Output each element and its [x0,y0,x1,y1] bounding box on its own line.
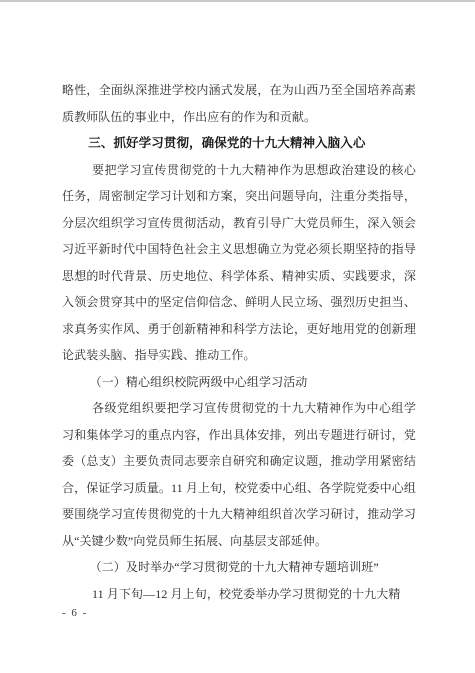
document-body: 略性，全面纵深推进学校内涵式发展，在为山西乃至全国培养高素质教师队伍的事业中，作… [62,77,416,607]
body-paragraph-truncated: 11 月下旬—12 月上旬，校党委举办学习贯彻党的十九大精 [62,581,416,608]
scan-edge-artifact [0,0,475,2]
body-paragraph: 各级党组织要把学习宣传贯彻党的十九大精神作为中心组学习和集体学习的重点内容，作出… [62,395,416,554]
scanned-document-page: { "document": { "paragraphs": [ { "style… [0,0,475,673]
section-heading: 三、抓好学习贯彻，确保党的十九大精神入脑入心 [62,130,416,157]
subsection-heading-1: （一）精心组织校院两级中心组学习活动 [62,369,416,396]
body-paragraph: 要把学习宣传贯彻党的十九大精神作为思想政治建设的核心任务，周密制定学习计划和方案… [62,157,416,369]
body-paragraph-continuation: 略性，全面纵深推进学校内涵式发展，在为山西乃至全国培养高素质教师队伍的事业中，作… [62,77,416,130]
subsection-heading-2: （二）及时举办“学习贯彻党的十九大精神专题培训班” [62,554,416,581]
page-number: - 6 - [62,606,88,620]
